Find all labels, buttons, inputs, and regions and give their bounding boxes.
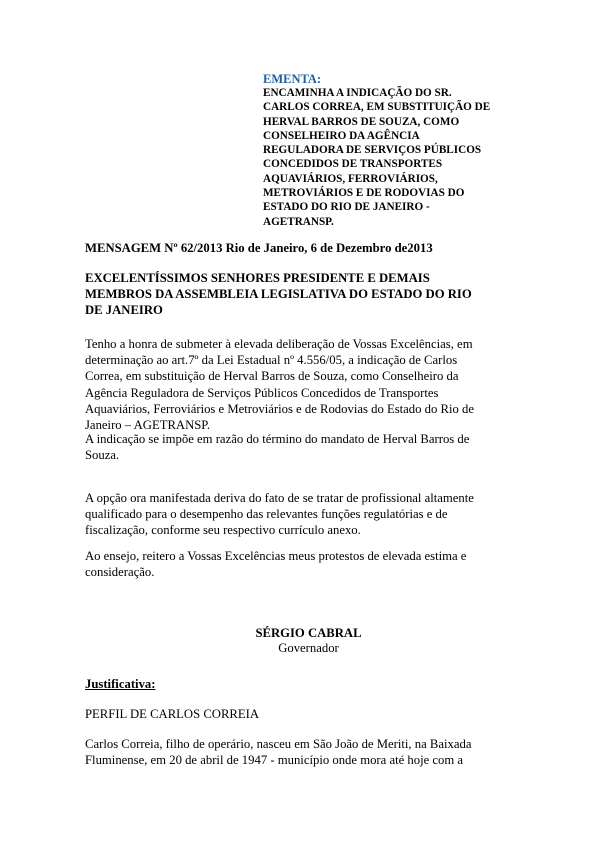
paragraph-reason: A indicação se impõe em razão do término… bbox=[85, 431, 545, 463]
paragraph-qualification: A opção ora manifestada deriva do fato d… bbox=[85, 490, 545, 539]
text-line: Ao ensejo, reitero a Vossas Excelências … bbox=[85, 548, 545, 564]
text-line: Correa, em substituição de Herval Barros… bbox=[85, 368, 545, 384]
text-line: Tenho a honra de submeter à elevada deli… bbox=[85, 336, 545, 352]
paragraph-closing: Ao ensejo, reitero a Vossas Excelências … bbox=[85, 548, 545, 580]
text-line: A opção ora manifestada deriva do fato d… bbox=[85, 490, 545, 506]
ementa-line: AGETRANSP. bbox=[263, 215, 533, 229]
document-page: EMENTA: ENCAMINHA A INDICAÇÃO DO SR. CAR… bbox=[0, 0, 595, 842]
text-line: A indicação se impõe em razão do término… bbox=[85, 431, 545, 447]
text-line: Souza. bbox=[85, 447, 545, 463]
ementa-label: EMENTA: bbox=[263, 72, 533, 86]
text-line: qualificado para o desempenho das releva… bbox=[85, 506, 545, 522]
ementa-line: ESTADO DO RIO DE JANEIRO - bbox=[263, 200, 533, 214]
text-line: Aquaviários, Ferroviários e Metroviários… bbox=[85, 401, 545, 417]
message-header: MENSAGEM Nº 62/2013 Rio de Janeiro, 6 de… bbox=[85, 240, 545, 256]
addressee-line: EXCELENTÍSSIMOS SENHORES PRESIDENTE E DE… bbox=[85, 270, 545, 286]
paragraph-profile: Carlos Correia, filho de operário, nasce… bbox=[85, 736, 545, 768]
signatory-name: SÉRGIO CABRAL bbox=[22, 626, 595, 641]
addressee-line: DE JANEIRO bbox=[85, 302, 545, 318]
text-line: fiscalização, conforme seu respectivo cu… bbox=[85, 522, 545, 538]
addressee-line: MEMBROS DA ASSEMBLEIA LEGISLATIVA DO EST… bbox=[85, 286, 545, 302]
text-line: Carlos Correia, filho de operário, nasce… bbox=[85, 736, 545, 752]
ementa-line: CARLOS CORREA, EM SUBSTITUIÇÃO DE bbox=[263, 100, 533, 114]
ementa-line: AQUAVIÁRIOS, FERROVIÁRIOS, bbox=[263, 172, 533, 186]
ementa-line: METROVIÁRIOS E DE RODOVIAS DO bbox=[263, 186, 533, 200]
ementa-line: ENCAMINHA A INDICAÇÃO DO SR. bbox=[263, 86, 533, 100]
justification-heading: Justificativa: bbox=[85, 677, 545, 692]
signature-block: SÉRGIO CABRAL Governador bbox=[0, 626, 595, 656]
text-line: determinação ao art.7º da Lei Estadual n… bbox=[85, 352, 545, 368]
text-line: Fluminense, em 20 de abril de 1947 - mun… bbox=[85, 752, 545, 768]
ementa-line: HERVAL BARROS DE SOUZA, COMO bbox=[263, 115, 533, 129]
ementa-line: REGULADORA DE SERVIÇOS PÚBLICOS bbox=[263, 143, 533, 157]
signatory-role: Governador bbox=[22, 641, 595, 656]
profile-title: PERFIL DE CARLOS CORREIA bbox=[85, 707, 545, 722]
ementa-line: CONSELHEIRO DA AGÊNCIA bbox=[263, 129, 533, 143]
ementa-block: EMENTA: ENCAMINHA A INDICAÇÃO DO SR. CAR… bbox=[263, 72, 533, 229]
text-line: Agência Reguladora de Serviços Públicos … bbox=[85, 385, 545, 401]
ementa-line: CONCEDIDOS DE TRANSPORTES bbox=[263, 157, 533, 171]
paragraph-indication: Tenho a honra de submeter à elevada deli… bbox=[85, 336, 545, 433]
text-line: consideração. bbox=[85, 564, 545, 580]
addressee-heading: EXCELENTÍSSIMOS SENHORES PRESIDENTE E DE… bbox=[85, 270, 545, 318]
